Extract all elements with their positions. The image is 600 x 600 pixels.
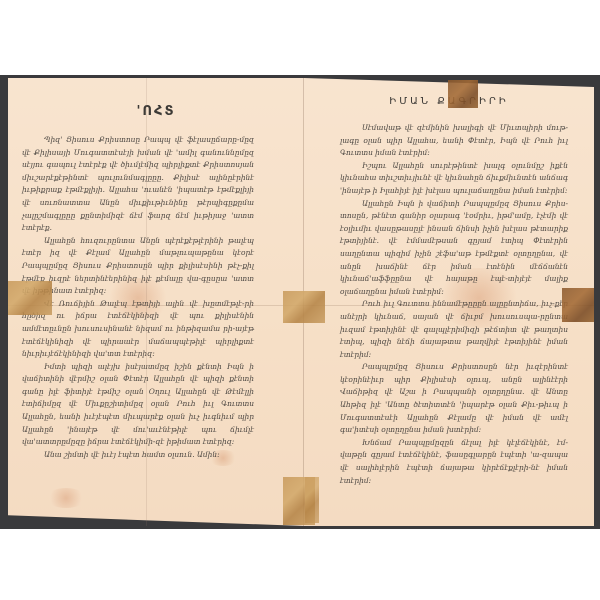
paragraph: Պիզ' Յիսուս Քրիստոսը Րապպ վէ ֆէլասըճարը-… [22,134,254,235]
paragraph: Րապպըմըզ Յիսուս Քրիստոսըն նէր իւզէրինտէ … [340,361,568,437]
paragraph: Սէմավաթ վէ զէմինին խալիգի վէ Միւտպիրի մո… [340,122,568,160]
tape-patch-center [283,291,325,323]
paragraph: Անա շիմտի վէ իւէյ էպէտ համտ օլսուն. Ամին… [22,449,254,462]
left-page: 'ՈՀՏ Պիզ' Յիսուս Քրիստոսը Րապպ վէ ֆէլասը… [8,78,304,526]
paragraph: Րուհ իւլ Գուտտս իննամէթըըըն ալըընտիճա, ի… [340,298,568,361]
paragraph: Խնճամ Րապպըմըզըն ճէլալ իլէ կէլէճէկինէ, է… [340,437,568,487]
tape-patch-right-bottom [305,477,319,523]
page-fold [146,78,147,526]
paragraph: Վէ Ռուճիյին Թալէպ էթտիյի ալին վէ խըտմէթլ… [22,298,254,361]
tape-patch-right [562,288,594,322]
right-page: ԻՄԱՆ ՔԱԳՐԻՐԻ Սէմավաթ վէ զէմինին խալիգի վ… [304,78,594,526]
tape-patch-top-right [448,80,478,108]
paragraph: Ալլահըն հուզուրընտա Անըն պէրէքէթլէրինի թ… [22,235,254,298]
left-page-heading: 'ՈՀՏ [8,104,304,119]
water-stain [46,488,86,508]
paragraph: Ալլահըն Իպն ի վաճիտի Րապպըմըզ Յիսուս Քրի… [340,198,568,299]
tape-patch-left [8,281,52,315]
left-page-body: Պիզ' Յիսուս Քրիստոսը Րապպ վէ ֆէլասըճարը-… [22,134,254,461]
paragraph: Իմտի պիզի ալէյխ իսէյատմըզ իշին քէնտի Իպն… [22,361,254,449]
paragraph: Իշպու Ալլահըն սուրէթինտէ խալգ օլունմըշ ի… [340,160,568,198]
